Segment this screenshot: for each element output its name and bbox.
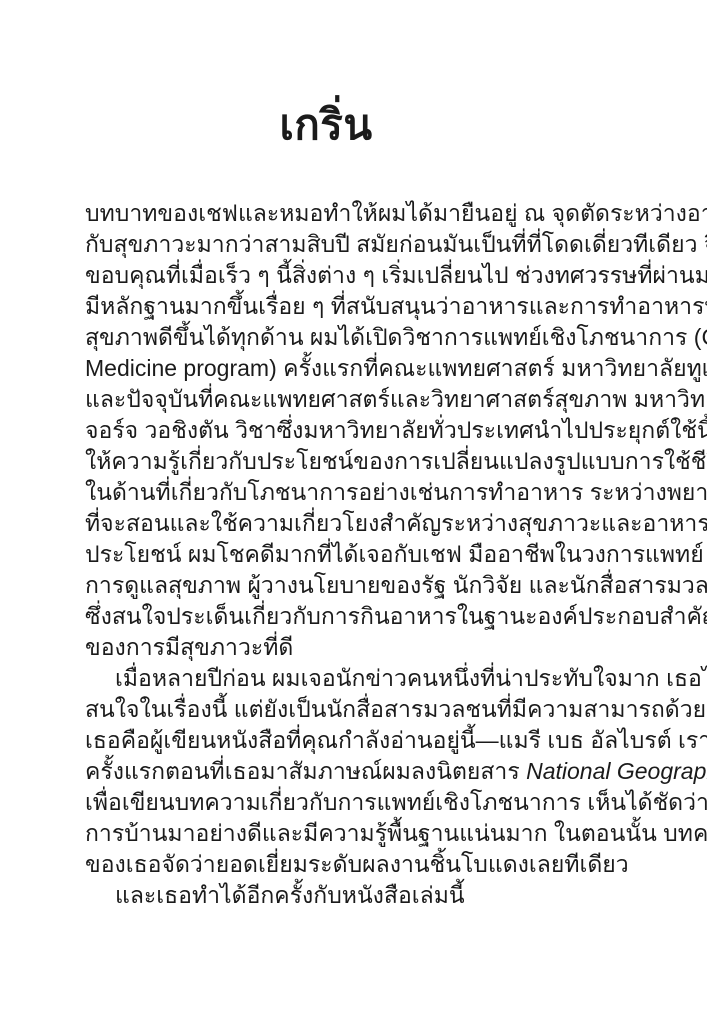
italic-text-segment: National Geographic [526,758,707,784]
text-line: ประโยชน์ ผมโชคดีมากที่ได้เจอกับเชฟ มืออา… [85,539,630,570]
text-segment: ของเธอจัดว่ายอดเยี่ยมระดับผลงานชิ้นโบแดง… [85,851,629,877]
text-line: ที่จะสอนและใช้ความเกี่ยวโยงสำคัญระหว่างส… [85,508,630,539]
text-line: ในด้านที่เกี่ยวกับโภชนาการอย่างเช่นการทำ… [85,477,630,508]
text-segment: เมื่อหลายปีก่อน ผมเจอนักข่าวคนหนึ่งที่น่… [115,665,707,691]
text-segment: กับสุขภาวะมากว่าสามสิบปี สมัยก่อนมันเป็น… [85,231,707,257]
text-line: กับสุขภาวะมากว่าสามสิบปี สมัยก่อนมันเป็น… [85,229,630,260]
text-segment: สุขภาพดีขึ้นได้ทุกด้าน ผมได้เปิดวิชาการแ… [85,324,707,350]
text-line: เธอคือผู้เขียนหนังสือที่คุณกำลังอ่านอยู่… [85,725,630,756]
text-segment: ครั้งแรกตอนที่เธอมาสัมภาษณ์ผมลงนิตยสาร [85,758,526,784]
text-line: การดูแลสุขภาพ ผู้วางนโยบายของรัฐ นักวิจั… [85,570,630,601]
text-segment: ให้ความรู้เกี่ยวกับประโยชน์ของการเปลี่ยน… [85,448,707,474]
text-segment: ที่จะสอนและใช้ความเกี่ยวโยงสำคัญระหว่างส… [85,510,707,536]
text-line: ของเธอจัดว่ายอดเยี่ยมระดับผลงานชิ้นโบแดง… [85,849,630,880]
paragraph: เมื่อหลายปีก่อน ผมเจอนักข่าวคนหนึ่งที่น่… [85,663,630,880]
text-segment: ของการมีสุขภาวะที่ดี [85,634,293,660]
book-page: เกริ่น บทบาทของเชฟและหมอทำให้ผมได้มายืนอ… [0,0,707,1024]
text-segment: และปัจจุบันที่คณะแพทยศาสตร์และวิทยาศาสตร… [85,386,707,412]
text-line: ขอบคุณที่เมื่อเร็ว ๆ นี้สิ่งต่าง ๆ เริ่ม… [85,260,630,291]
text-line: สนใจในเรื่องนี้ แต่ยังเป็นนักสื่อสารมวลช… [85,694,630,725]
text-segment: Medicine program) ครั้งแรกที่คณะแพทยศาสต… [85,355,707,381]
text-segment: ประโยชน์ ผมโชคดีมากที่ได้เจอกับเชฟ มืออา… [85,541,707,567]
chapter-title: เกริ่น [0,92,652,158]
text-line: และเธอทำได้อีกครั้งกับหนังสือเล่มนี้ [85,880,630,911]
text-segment: มีหลักฐานมากขึ้นเรื่อย ๆ ที่สนับสนุนว่าอ… [85,293,707,319]
text-segment: การดูแลสุขภาพ ผู้วางนโยบายของรัฐ นักวิจั… [85,572,707,598]
text-line: เมื่อหลายปีก่อน ผมเจอนักข่าวคนหนึ่งที่น่… [85,663,630,694]
text-line: การบ้านมาอย่างดีและมีความรู้พื้นฐานแน่นม… [85,818,630,849]
text-line: ซึ่งสนใจประเด็นเกี่ยวกับการกินอาหารในฐาน… [85,601,630,632]
text-line: Medicine program) ครั้งแรกที่คณะแพทยศาสต… [85,353,630,384]
text-line: เพื่อเขียนบทความเกี่ยวกับการแพทย์เชิงโภช… [85,787,630,818]
paragraph: และเธอทำได้อีกครั้งกับหนังสือเล่มนี้ [85,880,630,911]
text-line: ครั้งแรกตอนที่เธอมาสัมภาษณ์ผมลงนิตยสาร N… [85,756,630,787]
text-segment: บทบาทของเชฟและหมอทำให้ผมได้มายืนอยู่ ณ จ… [85,200,707,226]
text-segment: ขอบคุณที่เมื่อเร็ว ๆ นี้สิ่งต่าง ๆ เริ่ม… [85,262,707,288]
paragraph: บทบาทของเชฟและหมอทำให้ผมได้มายืนอยู่ ณ จ… [85,198,630,663]
text-segment: เธอคือผู้เขียนหนังสือที่คุณกำลังอ่านอยู่… [85,727,707,753]
text-line: จอร์จ วอชิงตัน วิชาซึ่งมหาวิทยาลัยทั่วปร… [85,415,630,446]
text-segment: และเธอทำได้อีกครั้งกับหนังสือเล่มนี้ [115,882,465,908]
text-line: มีหลักฐานมากขึ้นเรื่อย ๆ ที่สนับสนุนว่าอ… [85,291,630,322]
text-segment: ซึ่งสนใจประเด็นเกี่ยวกับการกินอาหารในฐาน… [85,603,707,629]
text-line: และปัจจุบันที่คณะแพทยศาสตร์และวิทยาศาสตร… [85,384,630,415]
text-line: ของการมีสุขภาวะที่ดี [85,632,630,663]
text-segment: สนใจในเรื่องนี้ แต่ยังเป็นนักสื่อสารมวลช… [85,696,707,722]
text-body: บทบาทของเชฟและหมอทำให้ผมได้มายืนอยู่ ณ จ… [85,198,630,911]
text-segment: การบ้านมาอย่างดีและมีความรู้พื้นฐานแน่นม… [85,820,707,846]
text-line: สุขภาพดีขึ้นได้ทุกด้าน ผมได้เปิดวิชาการแ… [85,322,630,353]
text-line: ให้ความรู้เกี่ยวกับประโยชน์ของการเปลี่ยน… [85,446,630,477]
text-line: บทบาทของเชฟและหมอทำให้ผมได้มายืนอยู่ ณ จ… [85,198,630,229]
text-segment: จอร์จ วอชิงตัน วิชาซึ่งมหาวิทยาลัยทั่วปร… [85,417,707,443]
text-segment: ในด้านที่เกี่ยวกับโภชนาการอย่างเช่นการทำ… [85,479,707,505]
text-segment: เพื่อเขียนบทความเกี่ยวกับการแพทย์เชิงโภช… [85,789,707,815]
